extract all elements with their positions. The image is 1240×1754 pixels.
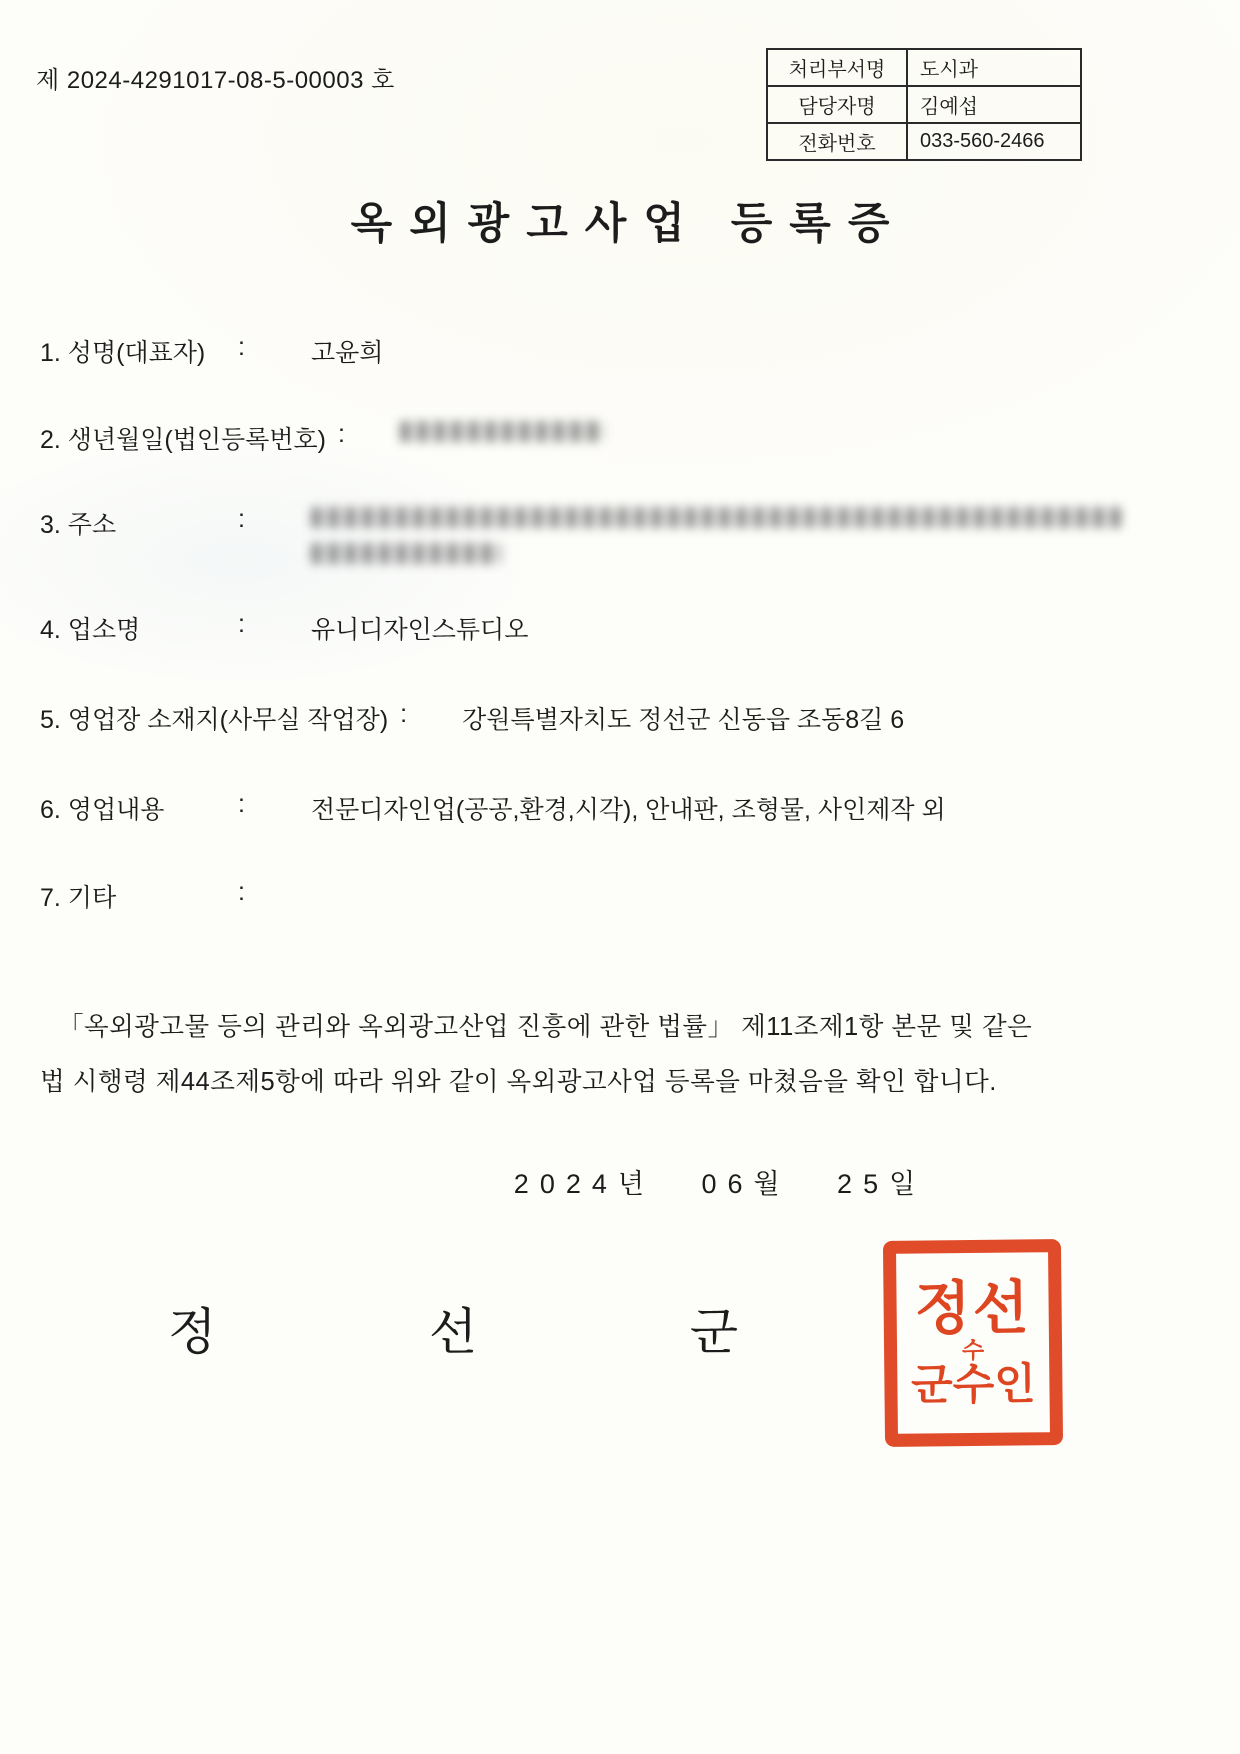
field-label: 4. 업소명 (40, 610, 238, 646)
official-seal: 정선 수 군수인 (883, 1239, 1063, 1447)
seal-text-middle: 수 (962, 1339, 984, 1362)
contact-info-table: 처리부서명 도시과 담당자명 김예섭 전화번호 033-560-2466 (766, 48, 1082, 161)
field-business-name: 4. 업소명 : 유니디자인스튜디오 (40, 610, 528, 646)
field-colon: : (238, 333, 283, 362)
field-label: 2. 생년월일(법인등록번호) (40, 420, 326, 456)
table-row: 전화번호 033-560-2466 (767, 123, 1081, 160)
field-birthdate: 2. 생년월일(법인등록번호) : (40, 420, 605, 456)
field-label: 7. 기타 (40, 878, 238, 914)
field-colon: : (238, 878, 283, 907)
table-row: 처리부서명 도시과 (767, 49, 1081, 86)
field-label: 1. 성명(대표자) (40, 333, 238, 369)
issuer-char: 군 (690, 1292, 738, 1364)
officer-value: 김예섭 (907, 86, 1081, 123)
table-row: 담당자명 김예섭 (767, 86, 1081, 123)
law-paragraph: 「옥외광고물 등의 관리와 옥외광고산업 진흥에 관한 법률」 제11조제1항 … (40, 1000, 1045, 1110)
phone-label: 전화번호 (767, 123, 907, 160)
field-address: 3. 주소 : (40, 505, 1123, 564)
seal-text-top: 정선 (914, 1278, 1031, 1338)
redaction-blur (311, 507, 1123, 528)
dept-label: 처리부서명 (767, 49, 907, 86)
field-colon: : (238, 610, 283, 639)
field-label: 5. 영업장 소재지(사무실 작업장) (40, 700, 388, 736)
field-value: 고윤희 (283, 333, 383, 369)
field-label: 6. 영업내용 (40, 790, 238, 826)
redaction-blur (400, 421, 605, 442)
field-colon: : (238, 505, 283, 534)
field-business-scope: 6. 영업내용 : 전문디자인업(공공,환경,시각), 안내판, 조형물, 사인… (40, 790, 946, 826)
field-colon: : (238, 790, 283, 819)
seal-text: 정선 수 군수인 (896, 1252, 1050, 1434)
field-value: 강원특별자치도 정선군 신동읍 조동8길 6 (434, 700, 904, 736)
registration-certificate-page: 제 2024-4291017-08-5-00003 호 처리부서명 도시과 담당… (0, 0, 1240, 1754)
dept-value: 도시과 (907, 49, 1081, 86)
field-value: 유니디자인스튜디오 (283, 610, 528, 646)
seal-text-bottom: 군수인 (911, 1363, 1036, 1407)
phone-value: 033-560-2466 (907, 123, 1081, 160)
field-name: 1. 성명(대표자) : 고윤희 (40, 333, 383, 369)
page-title: 옥외광고사업 등록증 (0, 190, 1240, 251)
field-business-location: 5. 영업장 소재지(사무실 작업장) : 강원특별자치도 정선군 신동읍 조동… (40, 700, 904, 736)
field-colon: : (338, 420, 372, 449)
redacted-value (372, 420, 605, 449)
redacted-value (283, 505, 1123, 564)
field-value: 전문디자인업(공공,환경,시각), 안내판, 조형물, 사인제작 외 (283, 790, 946, 826)
issuer-char: 선 (429, 1292, 477, 1364)
field-etc: 7. 기타 : (40, 878, 311, 914)
issuer-char: 정 (168, 1292, 216, 1364)
document-number: 제 2024-4291017-08-5-00003 호 (36, 60, 395, 95)
officer-label: 담당자명 (767, 86, 907, 123)
issuer-name: 정 선 군 (168, 1292, 738, 1364)
field-label: 3. 주소 (40, 505, 238, 541)
issue-date: 2024년 06월 25일 (200, 1162, 1240, 1201)
field-colon: : (400, 700, 434, 729)
redaction-blur (311, 543, 501, 564)
